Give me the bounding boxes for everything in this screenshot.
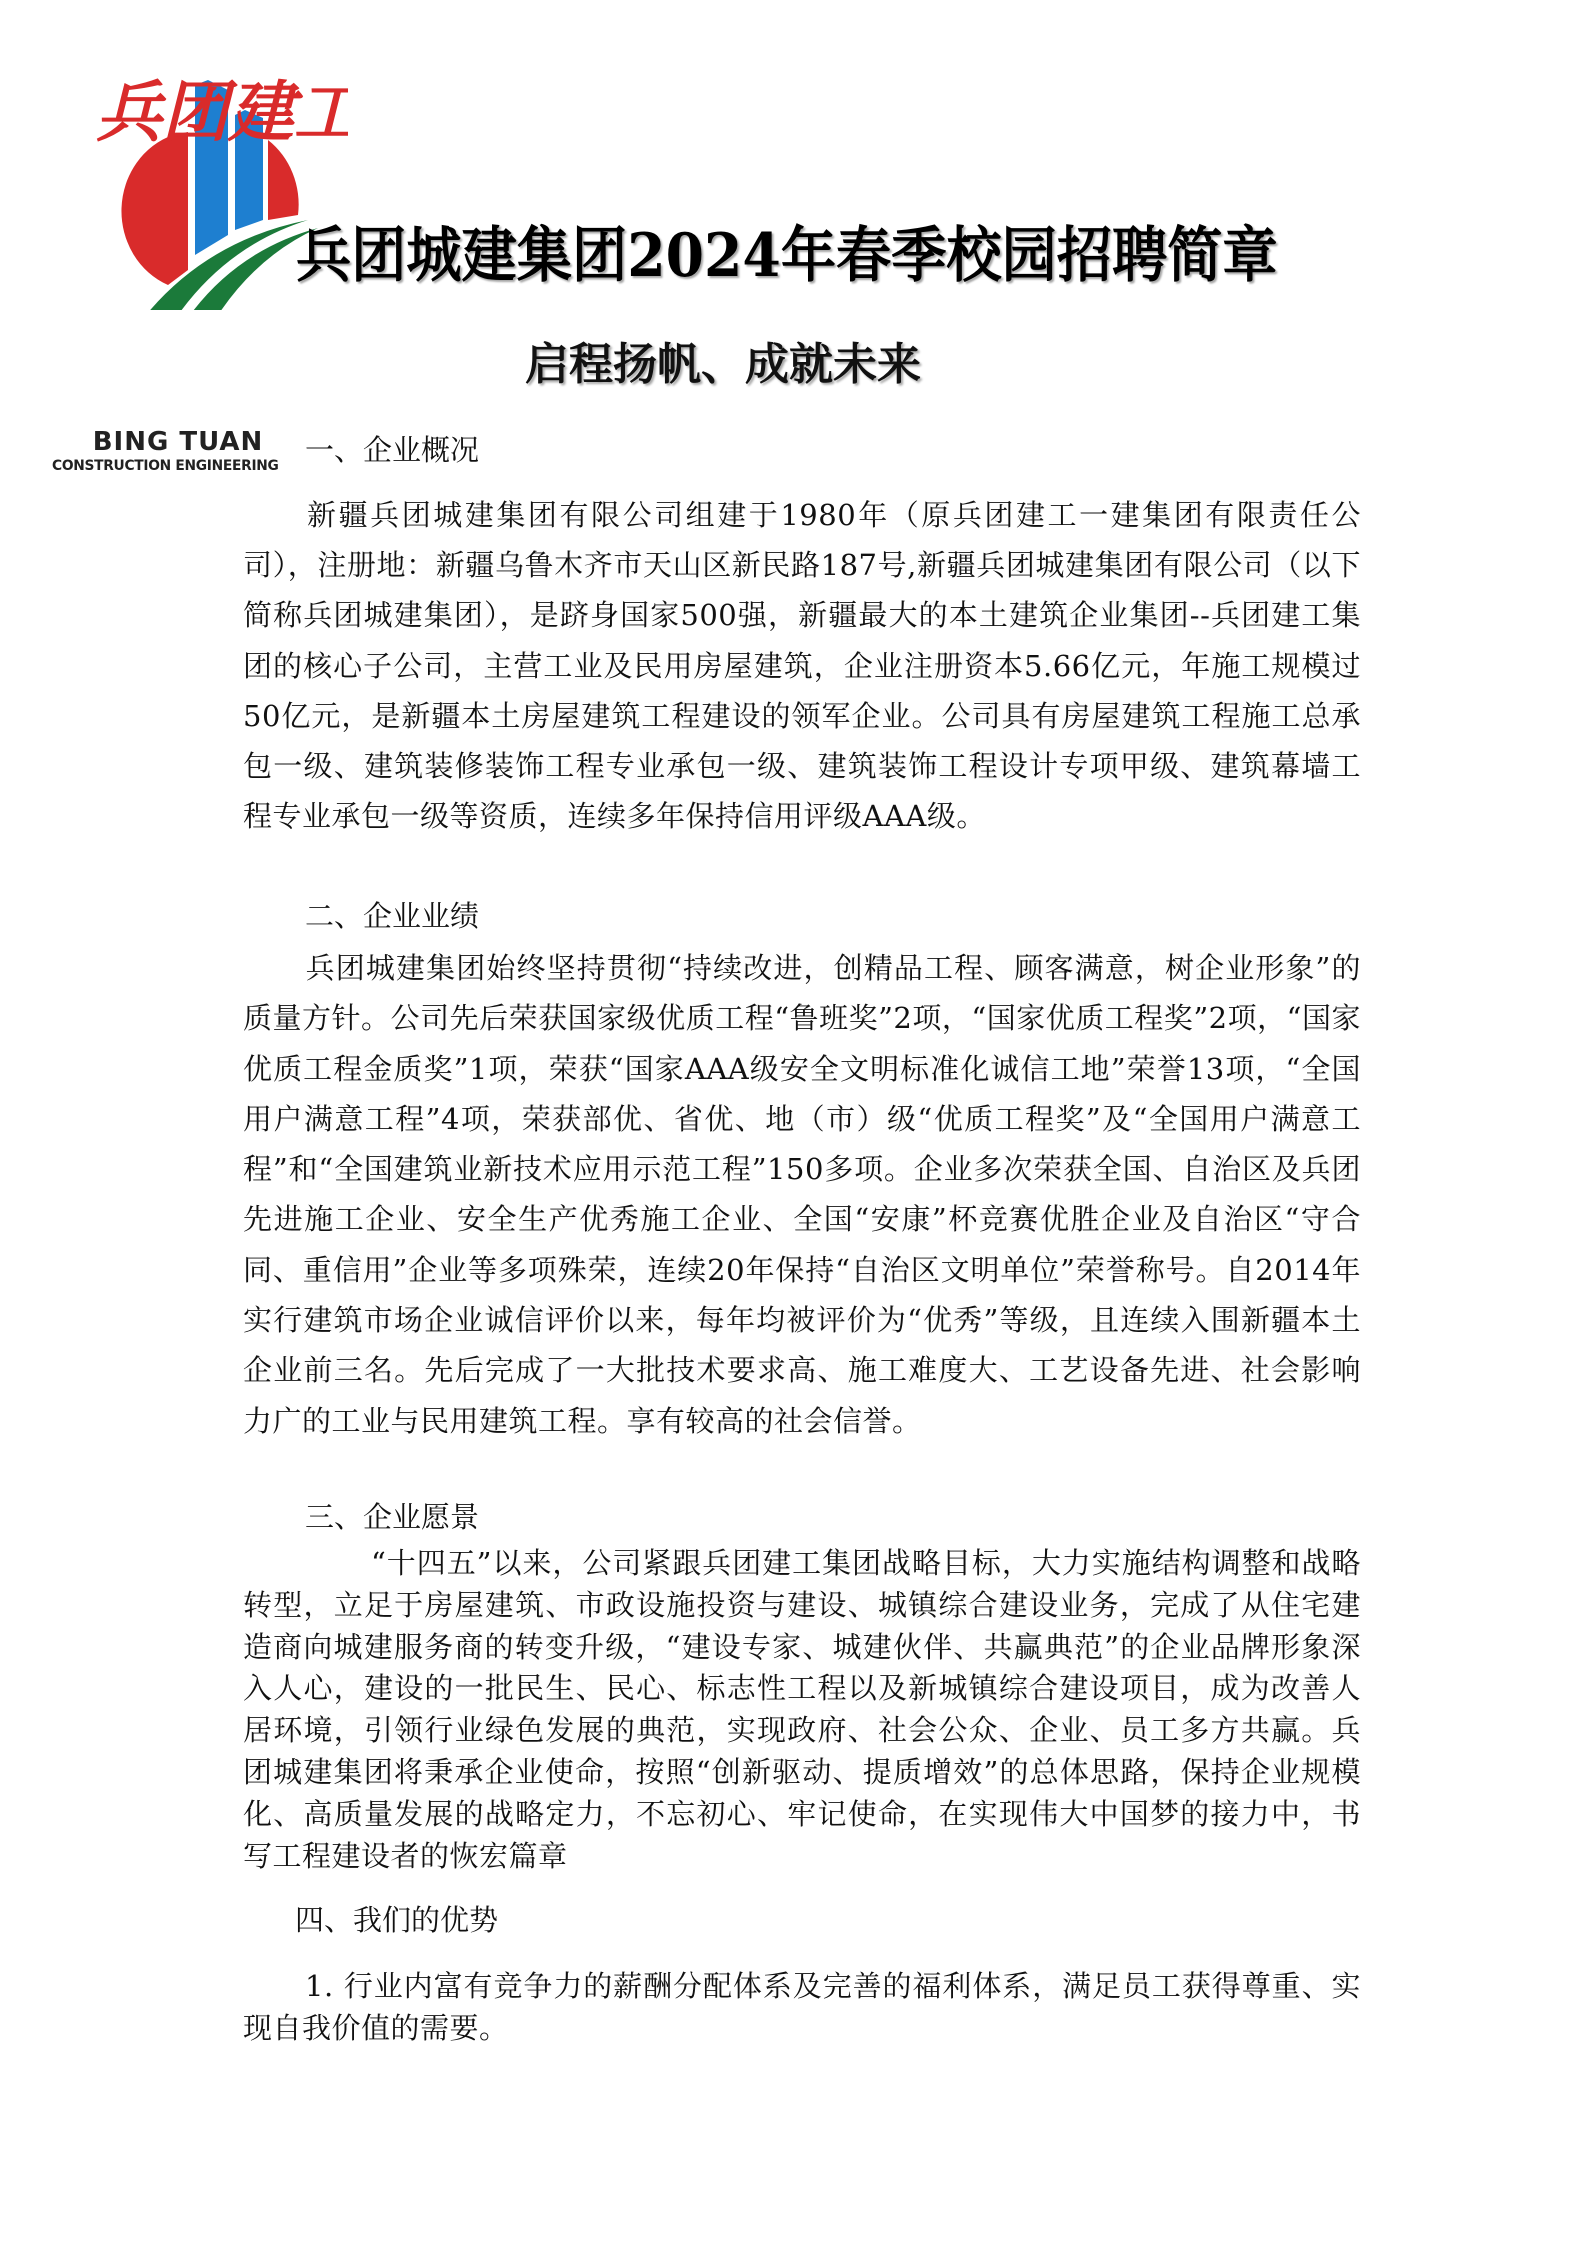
section-paragraph-vision: “十四五”以来，公司紧跟兵团建工集团战略目标，大力实施结构调整和战略转型，立足于… (243, 1543, 1361, 1877)
paragraph-text: 兵团城建集团始终坚持贯彻“持续改进，创精品工程、顾客满意，树企业形象”的质量方针… (243, 951, 1361, 1438)
paragraph-text: 1. 行业内富有竞争力的薪酬分配体系及完善的福利体系，满足员工获得尊重、实现自我… (243, 1969, 1361, 2045)
calligraphy-logo-icon: 兵团建工 (88, 40, 348, 160)
logo-subname-en: CONSTRUCTION ENGINEERING (52, 458, 299, 474)
section-heading-advantages: 四、我们的优势 (295, 1898, 498, 1939)
section-heading-vision: 三、企业愿景 (305, 1495, 479, 1536)
paragraph-text: 新疆兵团城建集团有限公司组建于1980年（原兵团建工一建集团有限责任公司），注册… (243, 498, 1361, 833)
section-paragraph-overview: 新疆兵团城建集团有限公司组建于1980年（原兵团建工一建集团有限责任公司），注册… (243, 490, 1361, 841)
section-paragraph-achievements: 兵团城建集团始终坚持贯彻“持续改进，创精品工程、顾客满意，树企业形象”的质量方针… (243, 943, 1361, 1446)
paragraph-text: “十四五”以来，公司紧跟兵团建工集团战略目标，大力实施结构调整和战略转型，立足于… (243, 1546, 1361, 1873)
logo-name-en: BING TUAN (48, 427, 308, 457)
section-paragraph-advantages: 1. 行业内富有竞争力的薪酬分配体系及完善的福利体系，满足员工获得尊重、实现自我… (243, 1965, 1361, 2049)
page-subtitle: 启程扬帆、成就未来 (525, 328, 921, 392)
company-logo: 兵团建工 BING TUAN CONSTRUCTION ENGINEERING (48, 40, 308, 440)
section-heading-overview: 一、企业概况 (305, 428, 479, 469)
svg-text:兵团建工: 兵团建工 (96, 73, 348, 151)
section-heading-achievements: 二、企业业绩 (305, 894, 479, 935)
page-title: 兵团城建集团2024年春季校园招聘简章 (296, 208, 1278, 294)
